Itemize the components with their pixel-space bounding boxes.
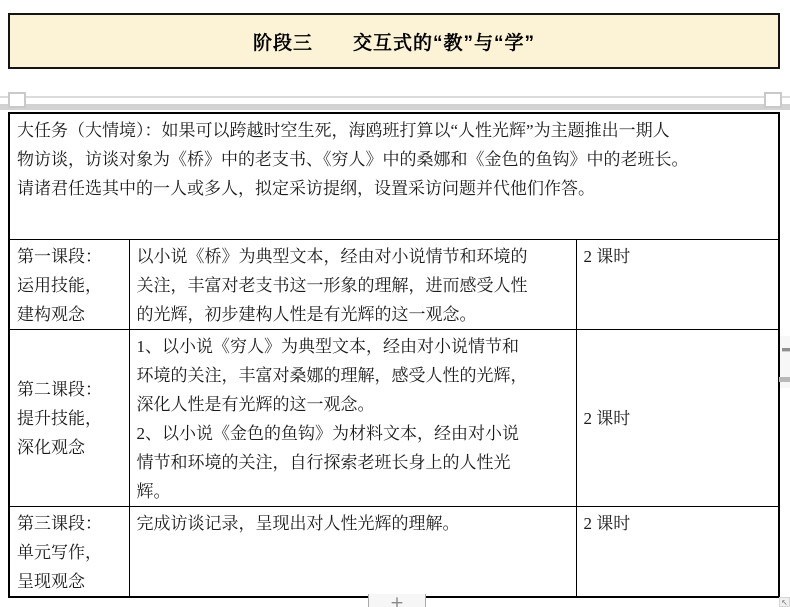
page-break-gap: [0, 104, 790, 110]
plus-icon: +: [390, 594, 404, 607]
hours-cell-1[interactable]: 2 课时: [576, 239, 779, 329]
page-gap-line: [0, 96, 790, 98]
lesson-plan-table: 大任务（大情境）：如果可以跨越时空生死，海鸥班打算以“人性光辉”为主题推出一期人…: [8, 112, 780, 598]
hours-cell-2[interactable]: 2 课时: [576, 329, 779, 506]
stage-cell-3[interactable]: 第三课段： 单元写作， 呈现观念: [9, 506, 129, 597]
content-cell-2[interactable]: 1、以小说《穷人》为典型文本，经由对小说情节和 环境的关注，丰富对桑娜的理解，感…: [129, 329, 576, 506]
hours-cell-3[interactable]: 2 课时: [576, 506, 779, 597]
stage-cell-1[interactable]: 第一课段： 运用技能， 建构观念: [9, 239, 129, 329]
page-corner-marker-left: [8, 92, 26, 108]
scrollbar-handle[interactable]: [779, 377, 790, 382]
page-corner-marker-right: [764, 92, 782, 108]
table-row: 第三课段： 单元写作， 呈现观念 完成访谈记录，呈现出对人性光辉的理解。 2 课…: [9, 506, 779, 597]
table-row: 第二课段： 提升技能， 深化观念 1、以小说《穷人》为典型文本，经由对小说情节和…: [9, 329, 779, 506]
insert-page-button[interactable]: +: [368, 594, 426, 607]
task-description-cell[interactable]: 大任务（大情境）：如果可以跨越时空生死，海鸥班打算以“人性光辉”为主题推出一期人…: [9, 113, 779, 239]
scrollbar-thumb[interactable]: [782, 348, 790, 352]
corner-arrow-icon[interactable]: ↖: [779, 597, 790, 607]
stage-banner[interactable]: 阶段三 交互式的“教”与“学”: [8, 13, 780, 69]
stage-cell-2[interactable]: 第二课段： 提升技能， 深化观念: [9, 329, 129, 506]
content-cell-3[interactable]: 完成访谈记录，呈现出对人性光辉的理解。: [129, 506, 576, 597]
table-row-task: 大任务（大情境）：如果可以跨越时空生死，海鸥班打算以“人性光辉”为主题推出一期人…: [9, 113, 779, 239]
content-cell-1[interactable]: 以小说《桥》为典型文本，经由对小说情节和环境的 关注，丰富对老支书这一形象的理解…: [129, 239, 576, 329]
table-row: 第一课段： 运用技能， 建构观念 以小说《桥》为典型文本，经由对小说情节和环境的…: [9, 239, 779, 329]
